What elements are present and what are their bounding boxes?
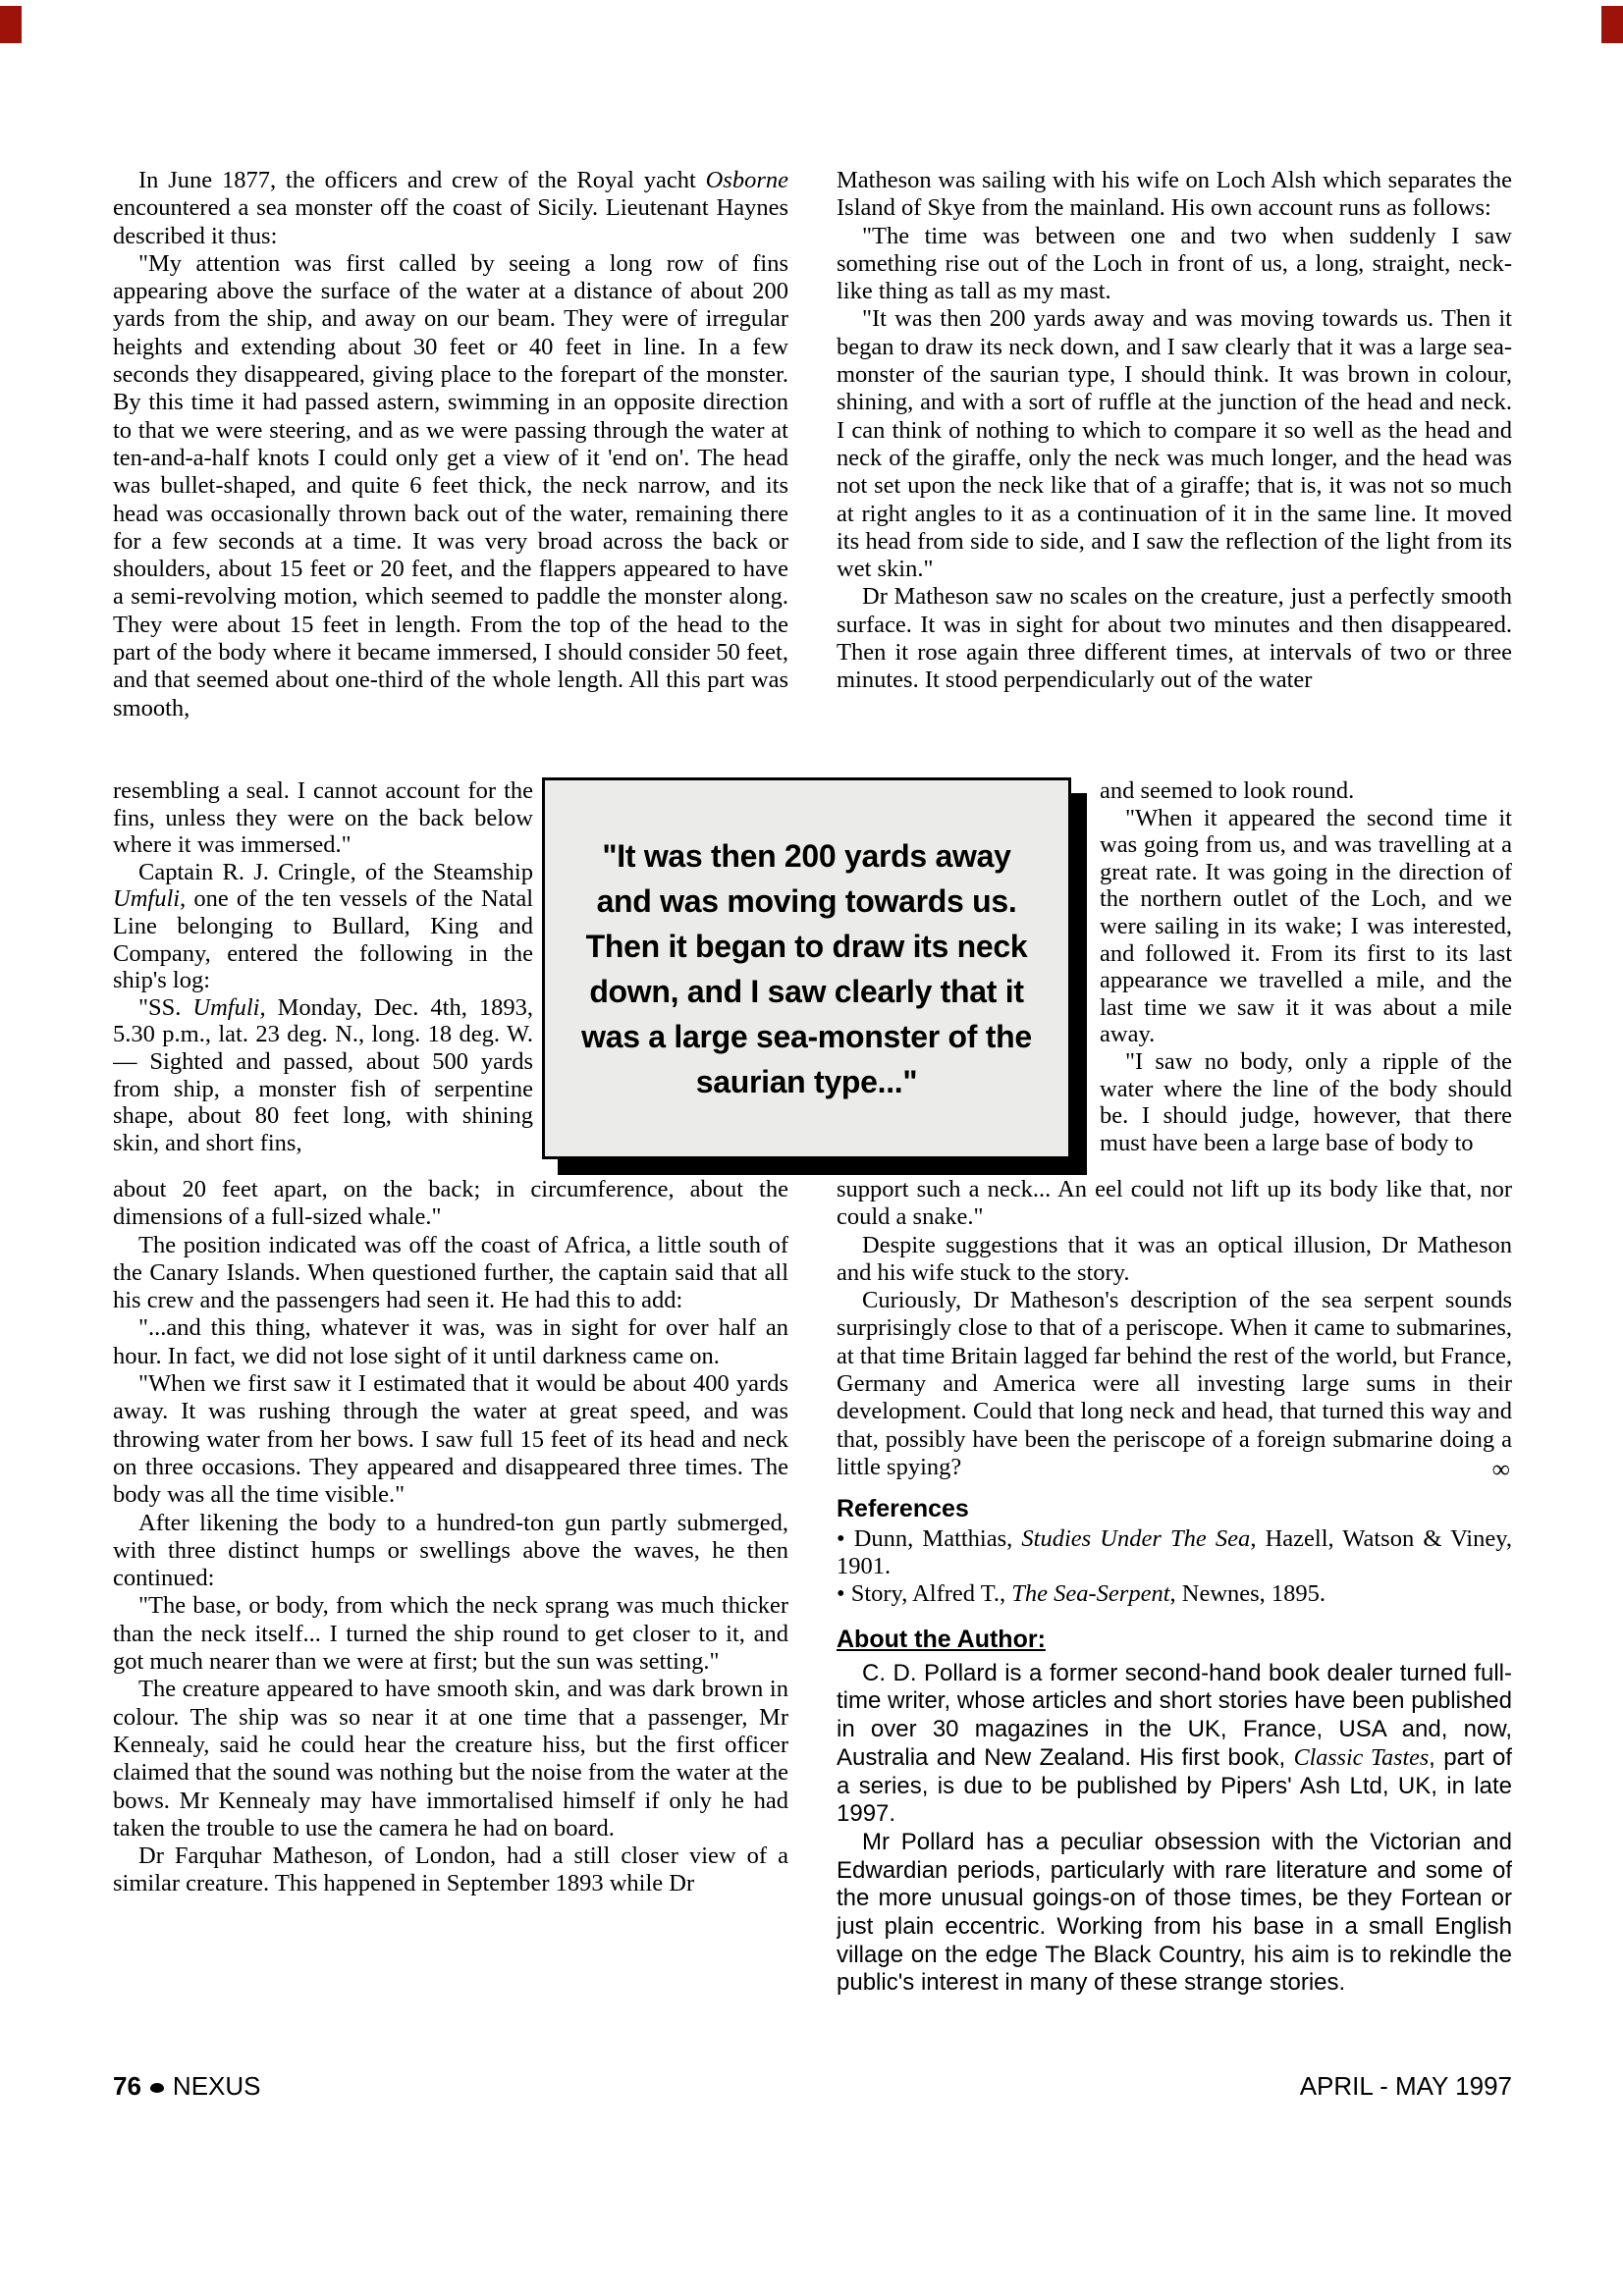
- right-column-bottom-text: support such a neck... An eel could not …: [837, 1176, 1512, 2064]
- references-list: • Dunn, Matthias, Studies Under The Sea,…: [837, 1525, 1512, 1609]
- footer-left: 76 NEXUS: [113, 2071, 261, 2101]
- page-number: 76: [113, 2071, 141, 2101]
- footer-issue-date: APRIL - MAY 1997: [1300, 2071, 1512, 2101]
- reference-item: • Dunn, Matthias, Studies Under The Sea,…: [837, 1525, 1512, 1581]
- about-author-header: About the Author:: [837, 1626, 1512, 1653]
- left-column-bottom-text: about 20 feet apart, on the back; in cir…: [113, 1176, 788, 2059]
- page-edge-mark-right: [1601, 6, 1623, 43]
- page-edge-mark-left: [0, 6, 22, 43]
- magazine-page: In June 1877, the officers and crew of t…: [0, 0, 1623, 2296]
- pull-quote-box: "It was then 200 yards away and was movi…: [542, 777, 1071, 1159]
- about-author-text: C. D. Pollard is a former second-hand bo…: [837, 1660, 1512, 1998]
- left-column-top-text: In June 1877, the officers and crew of t…: [113, 167, 788, 779]
- footer-bullet-icon: [150, 2083, 164, 2093]
- references-header: References: [837, 1495, 1512, 1522]
- right-column-narrow-text: and seemed to look round."When it appear…: [1100, 777, 1512, 1176]
- article-end-mark: ∞: [1492, 1456, 1510, 1483]
- magazine-name: NEXUS: [173, 2071, 261, 2101]
- pull-quote-text: "It was then 200 yards away and was movi…: [573, 833, 1040, 1104]
- about-author-section: About the Author: C. D. Pollard is a for…: [837, 1626, 1512, 1998]
- article-end-text: support such a neck... An eel could not …: [837, 1176, 1512, 1481]
- references-section: References • Dunn, Matthias, Studies Und…: [837, 1495, 1512, 1608]
- left-column-narrow-text: resembling a seal. I cannot account for …: [113, 777, 533, 1176]
- right-column-top-text: Matheson was sailing with his wife on Lo…: [837, 167, 1512, 779]
- reference-item: • Story, Alfred T., The Sea-Serpent, New…: [837, 1580, 1512, 1608]
